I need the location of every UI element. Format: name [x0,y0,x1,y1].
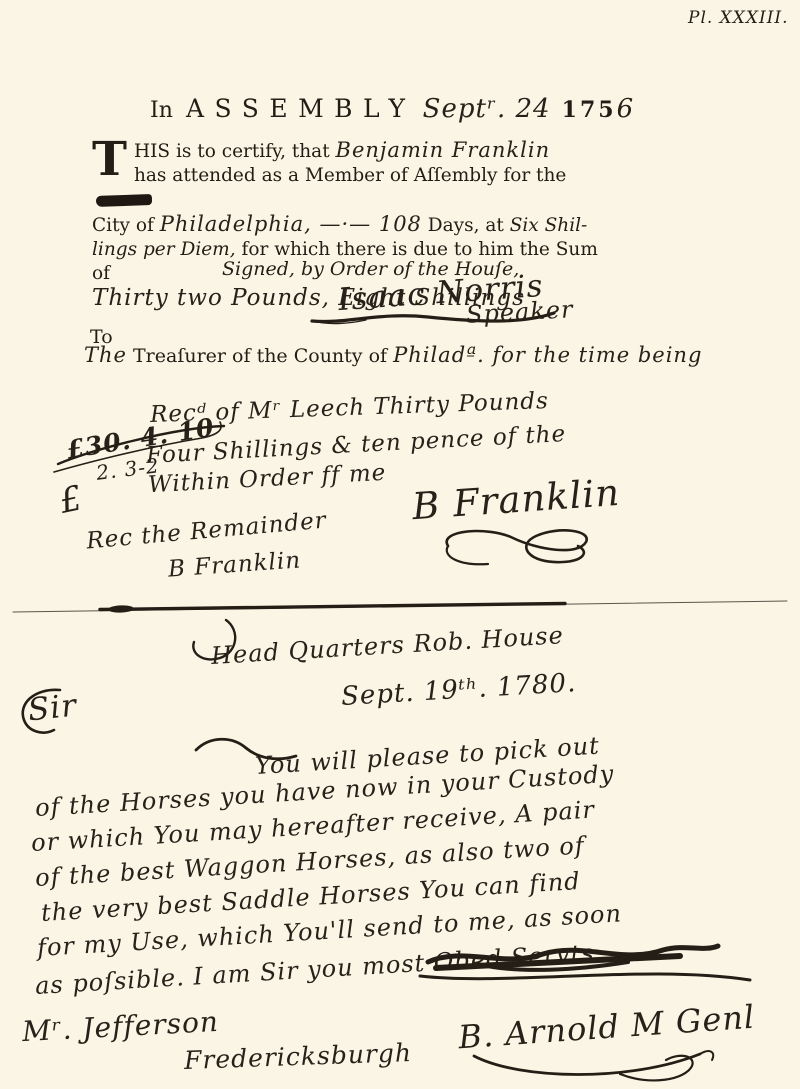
heading-year-printed: 175 [562,97,617,123]
attended-text: has attended as a Member of Aſſembly for… [134,165,566,186]
six-shillings-italic: Six Shil- [510,215,588,236]
name-benjamin-franklin-handwritten: Benjamin Franklin [336,138,551,162]
the-handwritten: The [84,343,127,367]
dash-flourish: —·— [312,212,379,236]
heading-assembly: ASSEMBLY [186,94,416,123]
heading-in: In [150,98,173,123]
addressee-mr-jefferson: Mʳ. Jefferson [21,1005,219,1048]
philada-time-being-handwritten: Philadª. for the time being [393,343,702,367]
letter-heading-place: Head Quarters Rob. House [210,621,564,670]
crossed-out-scribble [418,936,758,1006]
speaker-title-handwritten: Speaker [465,295,574,329]
scanned-plate-page: { "page": { "plate_label": "Pl. XXXIII."… [0,0,800,1089]
ink-blot-strikeout [96,194,152,207]
city-of-text: City of [92,215,160,236]
heading-date-handwritten: Septʳ. 24 [423,94,551,124]
treasurer-address-line: The Treaſurer of the County of Philadª. … [84,343,702,367]
letter-heading-date: Sept. 19ᵗʰ. 1780. [340,668,577,712]
philadelphia-handwritten: Philadelphia, [160,212,312,236]
dropcap-T: T [92,140,127,180]
plate-number-label: Pl. XXXIII. [688,8,789,28]
arnold-signature-flourish [470,1046,720,1088]
per-diem-italic: lings per Diem, [92,239,236,260]
treasurer-printed-text: Treaſurer of the County of [127,345,393,367]
certify-text: HIS is to certify, that [134,141,336,162]
b-franklin-signature-large: B Franklin [411,471,622,528]
divider-pen-line [5,596,795,620]
pound-brace-flourish: £ [56,478,86,522]
sir-flourish [16,686,66,742]
b-franklin-signature-small: B Franklin [167,547,302,582]
place-fredericksburgh: Fredericksburgh [184,1038,413,1075]
heading-year-handwritten: 6 [617,94,635,124]
days-at-text: Days, at [422,215,510,236]
days-number-handwritten: 108 [379,212,422,236]
certificate-heading: In ASSEMBLY Septʳ. 24 1756 [150,94,634,124]
franklin-signature-flourish [428,524,593,574]
